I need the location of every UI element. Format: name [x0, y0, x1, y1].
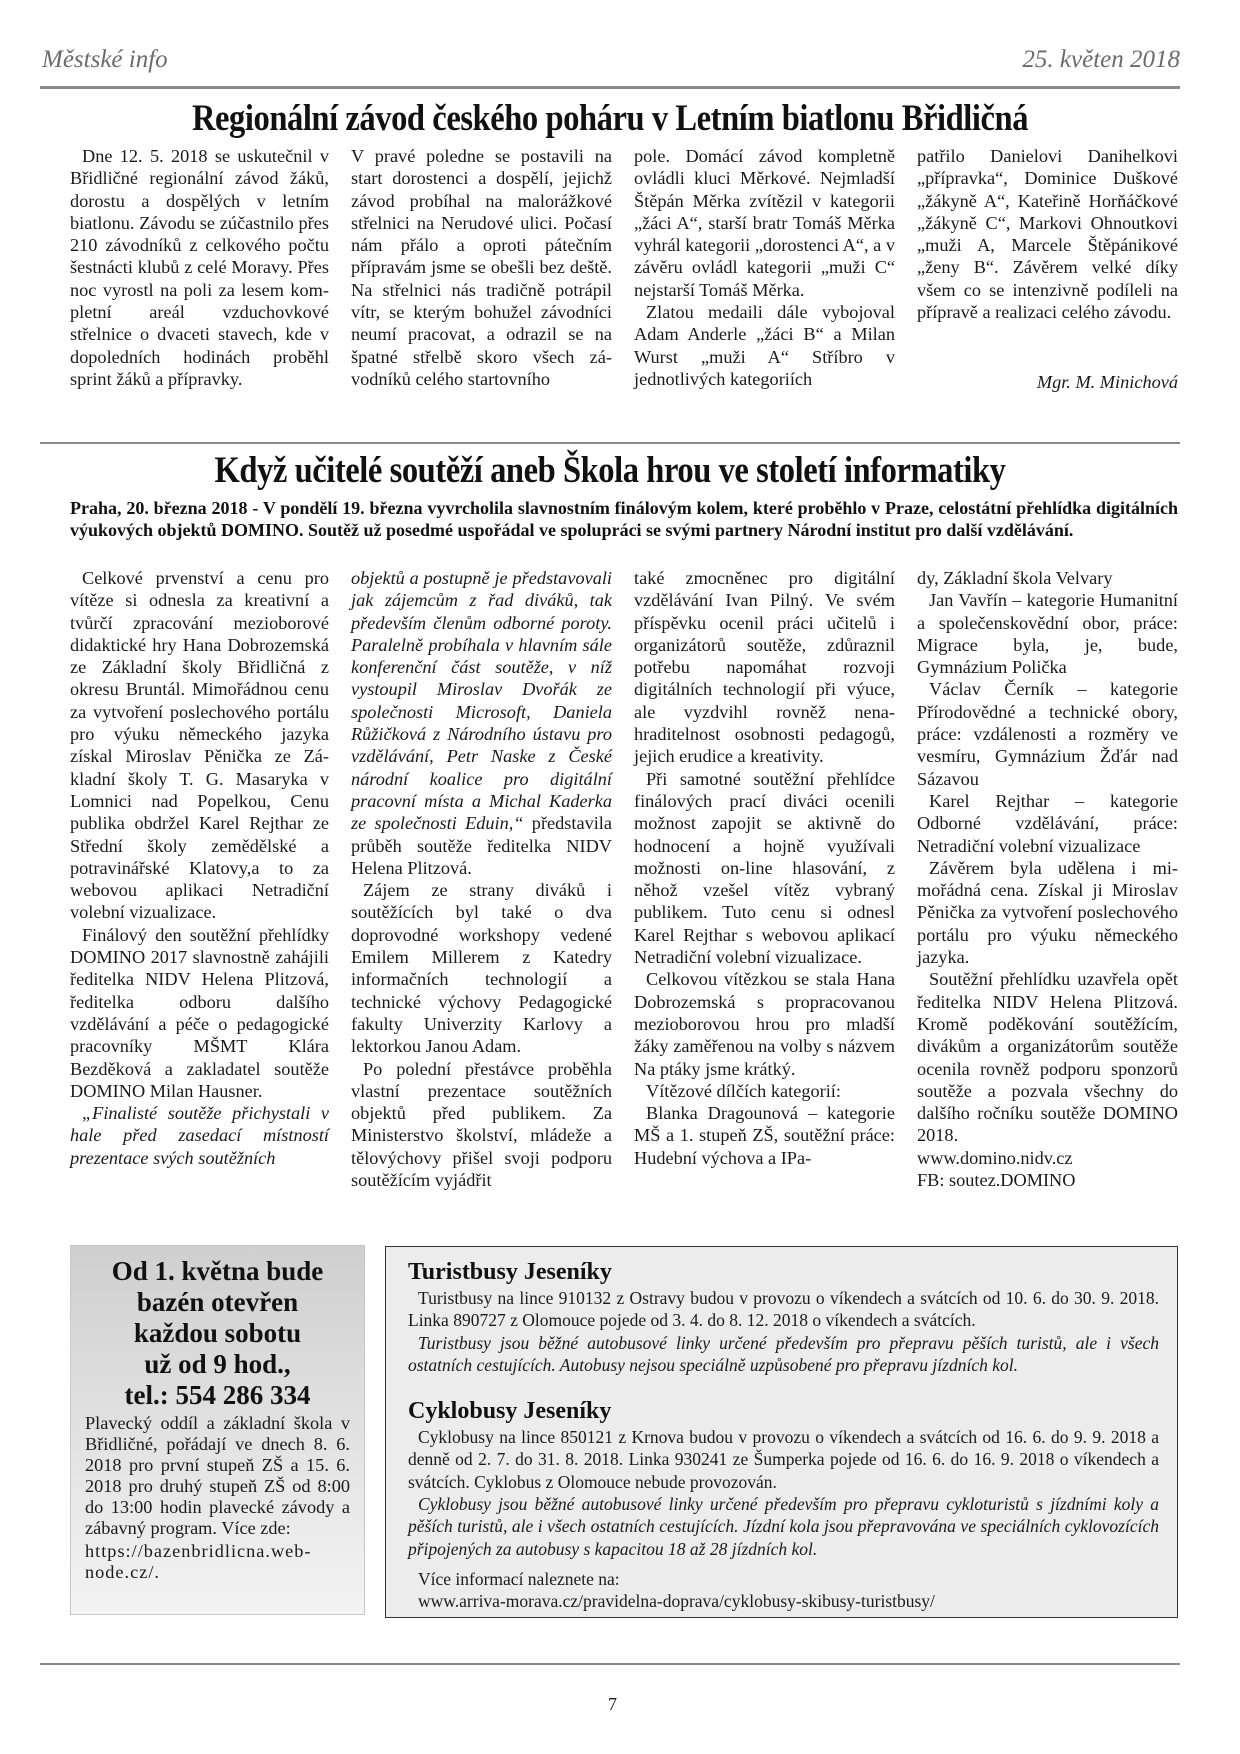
issue-date: 25. květen 2018 [1022, 46, 1180, 74]
paragraph: Závěrem byla udělena i mi­mořádná cena. … [917, 857, 1178, 968]
article1-column-3: pole. Domácí závod komplet­ně ovládli kl… [634, 145, 895, 394]
paragraph: Při samotné soutěžní pře­hlídce finálový… [634, 768, 895, 969]
paragraph: Zájem ze strany diváků i soutěžících byl… [351, 879, 612, 1057]
paragraph: Dne 12. 5. 2018 se uskuteč­nil v Břidlič… [70, 145, 329, 390]
article1-title: Regionální závod českého poháru v Letním… [108, 97, 1111, 140]
paragraph: dy, Základní škola Velvary [917, 567, 1178, 589]
article2-column-3: také zmocněnec pro digitální vzdělávání … [634, 567, 895, 1191]
article1-body: Dne 12. 5. 2018 se uskuteč­nil v Břidlič… [70, 145, 1178, 394]
website-link[interactable]: www.domino.nidv.cz [917, 1147, 1178, 1169]
facebook-link[interactable]: FB: soutez.DOMINO [917, 1169, 1178, 1191]
paragraph: pole. Domácí závod komplet­ně ovládli kl… [634, 145, 895, 301]
paragraph: Soutěžní přehlídku uzavřela opět ředitel… [917, 968, 1178, 1146]
publication-name: Městské info [42, 46, 168, 74]
paragraph: Vítězové dílčích kategorií: [634, 1080, 895, 1102]
article2-title: Když učitelé soutěží aneb Škola hrou ve … [108, 449, 1111, 492]
article1-column-1: Dne 12. 5. 2018 se uskuteč­nil v Břidlič… [70, 145, 329, 394]
more-info-label: Více informací naleznete na: [408, 1568, 1159, 1590]
pool-headline-line: Od 1. května bude [85, 1256, 350, 1287]
paragraph: Karel Rejthar – kategorie Odborné vzdělá… [917, 790, 1178, 857]
paragraph: Václav Černík – katego­rie Přírodovědné … [917, 678, 1178, 789]
page-header: Městské info 25. květen 2018 [40, 44, 1180, 80]
paragraph: V pravé poledne se postavili na start do… [351, 145, 612, 390]
article2-column-1: Celkové prvenství a cenu pro vítěze si o… [70, 567, 329, 1191]
bus-info-box: Turistbusy Jeseníky Turistbusy na lince … [385, 1246, 1178, 1618]
article2-body: Celkové prvenství a cenu pro vítěze si o… [70, 567, 1178, 1191]
spacer [408, 1376, 1159, 1396]
cyklobusy-note: Cyklobusy jsou běžné autobusové linky ur… [408, 1493, 1159, 1560]
paragraph: Jan Vavřín – kategorie Hu­manitní a spol… [917, 589, 1178, 678]
author-signature: Mgr. M. Minichová [917, 371, 1178, 393]
pool-headline-line: už od 9 hod., [85, 1349, 350, 1380]
quote-text: objektů a postupně je před­stavovali jak… [351, 568, 612, 833]
article2-column-4: dy, Základní škola Velvary Jan Vavřín – … [917, 567, 1178, 1191]
article2-column-2: objektů a postupně je před­stavovali jak… [351, 567, 612, 1191]
more-info-link[interactable]: www.arriva-morava.cz/pravidelna-doprava/… [408, 1590, 1159, 1612]
pool-headline-line: každou sobotu [85, 1318, 350, 1349]
paragraph: objektů a postupně je před­stavovali jak… [351, 567, 612, 879]
paragraph: Zlatou medaili dále vybo­joval Adam Ande… [634, 301, 895, 390]
page-number: 7 [608, 1694, 617, 1715]
quote-paragraph: „Finalisté soutěže přichystali v hale př… [70, 1102, 329, 1169]
footer-rule [40, 1663, 1180, 1665]
pool-announcement-box: Od 1. května bude bazén otevřen každou s… [70, 1245, 365, 1615]
spacer [408, 1560, 1159, 1568]
cyklobusy-title: Cyklobusy Jeseníky [408, 1396, 1159, 1426]
turistbusy-text: Turistbusy na lince 910132 z Ostravy bud… [408, 1287, 1159, 1332]
pool-headline-line: bazén otevřen [85, 1287, 350, 1318]
pool-phone: tel.: 554 286 334 [85, 1380, 350, 1411]
article2-lead: Praha, 20. března 2018 - V pondělí 19. b… [70, 497, 1178, 541]
paragraph: Celkovou vítězkou se stala Hana Dobrozem… [634, 968, 895, 1079]
turistbusy-title: Turistbusy Jeseníky [408, 1257, 1159, 1287]
pool-link[interactable]: https://bazenbridlicna.web­node.cz/. [85, 1541, 350, 1583]
turistbusy-note: Turistbusy jsou běžné autobusové linky u… [408, 1332, 1159, 1377]
article1-column-2: V pravé poledne se postavili na start do… [351, 145, 612, 394]
paragraph: Finálový den soutěžní pře­hlídky DOMINO … [70, 924, 329, 1102]
article1-column-4: patřilo Danielovi Danihelkovi „přípravka… [917, 145, 1178, 394]
paragraph: Blanka Dragounová – katego­rie MŠ a 1. s… [634, 1102, 895, 1169]
section-rule [40, 442, 1180, 444]
paragraph: také zmocněnec pro digitální vzdělávání … [634, 567, 895, 768]
paragraph: Celkové prvenství a cenu pro vítěze si o… [70, 567, 329, 924]
cyklobusy-text: Cyklobusy na lince 850121 z Krnova budou… [408, 1426, 1159, 1493]
paragraph: patřilo Danielovi Danihelkovi „přípravka… [917, 145, 1178, 323]
header-rule [40, 86, 1180, 89]
paragraph: Po polední přestávce proběh­la vlastní p… [351, 1058, 612, 1192]
pool-text: Plavecký oddíl a základní škola v Břidli… [85, 1413, 350, 1539]
